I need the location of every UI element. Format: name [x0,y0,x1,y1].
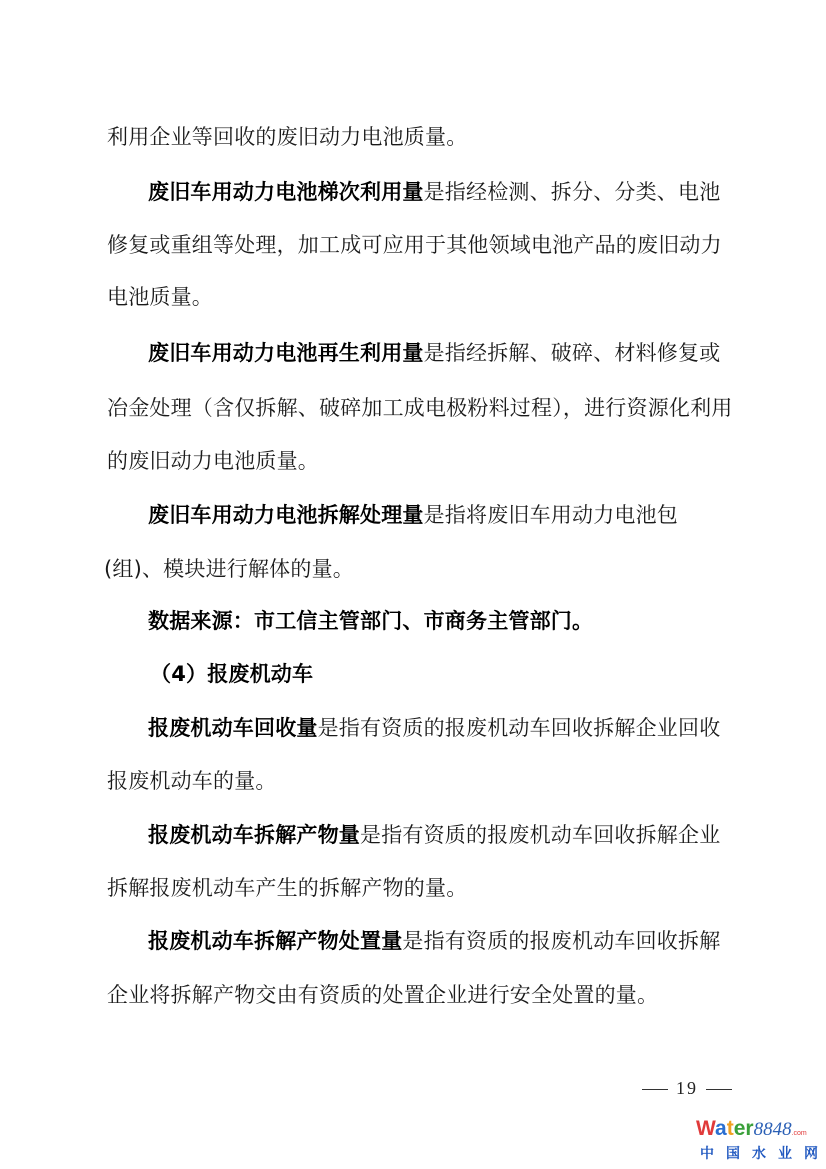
data-source-line: 数据来源：市工信主管部门、市商务主管部门。 [148,607,763,635]
term-bold: 废旧车用动力电池拆解处理量 [148,503,424,527]
definition-line: 废旧车用动力电池拆解处理量是指将废旧车用动力电池包 [148,501,763,529]
body-line: 冶金处理（含仅拆解、破碎加工成电极粉料过程），进行资源化利用 [107,394,722,422]
term-bold: 报废机动车拆解产物处置量 [148,929,402,953]
body-line: 企业将拆解产物交由有资质的处置企业进行安全处置的量。 [107,981,722,1009]
term-bold: 报废机动车回收量 [148,716,318,740]
page-number: 19 [634,1078,740,1099]
term-bold: 报废机动车拆解产物量 [148,823,360,847]
body-line: 电池质量。 [107,283,722,311]
definition-line: 报废机动车拆解产物处置量是指有资质的报废机动车回收拆解 [148,927,763,955]
definition-line: 报废机动车拆解产物量是指有资质的报废机动车回收拆解企业 [148,821,763,849]
body-line: (组)、模块进行解体的量。 [104,555,719,583]
term-bold: 废旧车用动力电池再生利用量 [148,341,424,365]
term-bold: 废旧车用动力电池梯次利用量 [148,180,424,204]
logo-chinese-name: 中国水业网 [696,1145,824,1163]
definition-line: 废旧车用动力电池梯次利用量是指经检测、拆分、分类、电池 [148,178,763,206]
watermark-logo: Water8848.com 中国水业网 [696,1118,824,1166]
logo-wordmark: Water8848.com [696,1118,824,1145]
body-line: 利用企业等回收的废旧动力电池质量。 [107,123,722,151]
body-line: 拆解报废机动车产生的拆解产物的量。 [107,874,722,902]
document-page: 利用企业等回收的废旧动力电池质量。 废旧车用动力电池梯次利用量是指经检测、拆分、… [0,0,826,1169]
definition-line: 报废机动车回收量是指有资质的报废机动车回收拆解企业回收 [148,714,763,742]
body-line: 的废旧动力电池质量。 [107,447,722,475]
body-line: 修复或重组等处理，加工成可应用于其他领域电池产品的废旧动力 [107,231,722,259]
dash-right [706,1089,732,1090]
definition-line: 废旧车用动力电池再生利用量是指经拆解、破碎、材料修复或 [148,339,763,367]
dash-left [642,1089,668,1090]
section-heading: （4）报废机动车 [150,660,765,688]
body-line: 报废机动车的量。 [107,767,722,795]
